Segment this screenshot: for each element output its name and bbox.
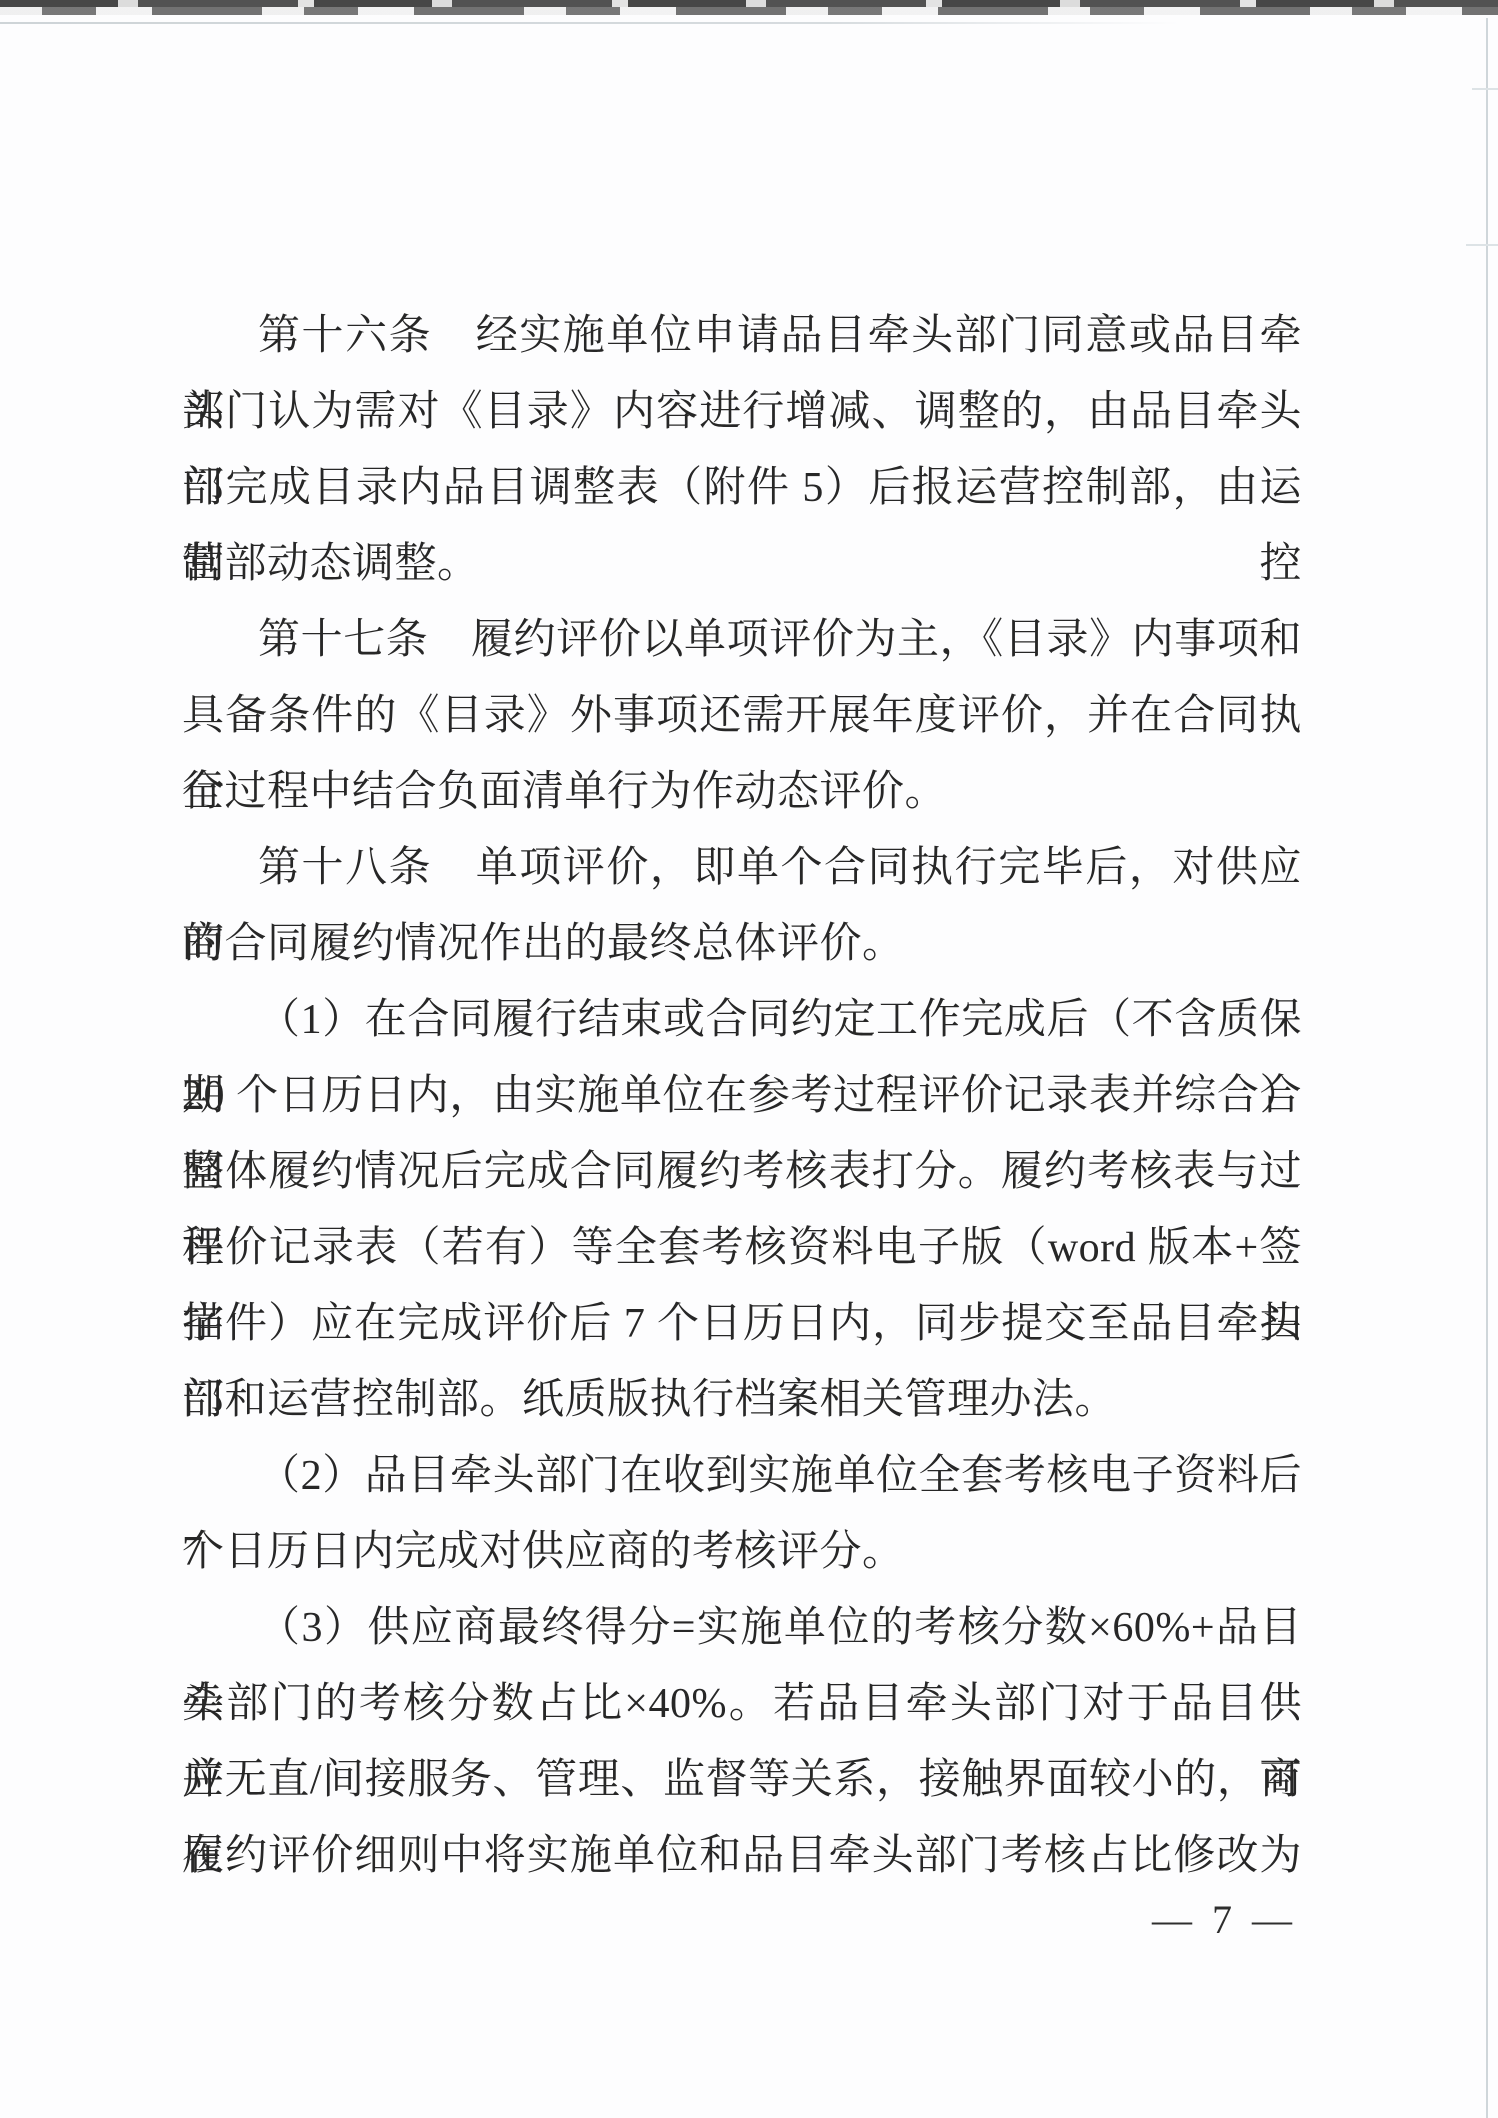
text-line: 整体履约情况后完成合同履约考核表打分。履约考核表与过程 — [182, 1134, 1302, 1210]
text-line: 部门认为需对《目录》内容进行增减、调整的，由品目牵头部 — [182, 374, 1302, 450]
document-body: 第十六条 经实施单位申请品目牵头部门同意或品目牵头 部门认为需对《目录》内容进行… — [182, 298, 1302, 1894]
text-line-article-16-start: 第十六条 经实施单位申请品目牵头部门同意或品目牵头 — [182, 298, 1302, 374]
text-line: 履约评价细则中将实施单位和品目牵头部门考核占比修改为 — [182, 1818, 1302, 1894]
scan-line-artifact — [0, 22, 1180, 24]
text-line: 具备条件的《目录》外事项还需开展年度评价，并在合同执行 — [182, 678, 1302, 754]
text-line: 评价记录表（若有）等全套考核资料电子版（word 版本+签字扫 — [182, 1210, 1302, 1286]
text-line: 头部门的考核分数占比×40%。若品目牵头部门对于品目供应商 — [182, 1666, 1302, 1742]
text-line-item-3-start: （3）供应商最终得分=实施单位的考核分数×60%+品目牵 — [182, 1590, 1302, 1666]
text-line-article-18-start: 第十八条 单项评价，即单个合同执行完毕后，对供应商 — [182, 830, 1302, 906]
text-line: 门完成目录内品目调整表（附件 5）后报运营控制部，由运营控 — [182, 450, 1302, 526]
document-page: 第十六条 经实施单位申请品目牵头部门同意或品目牵头 部门认为需对《目录》内容进行… — [0, 0, 1498, 2118]
text-line-item-2-start: （2）品目牵头部门在收到实施单位全套考核电子资料后 7 — [182, 1438, 1302, 1514]
scan-edge-artifact-top-2 — [0, 7, 1498, 15]
scan-edge-line-right — [1486, 18, 1488, 2118]
scan-noise-tick — [1466, 244, 1498, 246]
text-line: 个日历日内完成对供应商的考核评分。 — [182, 1514, 1302, 1590]
text-line: 门和运营控制部。纸质版执行档案相关管理办法。 — [182, 1362, 1302, 1438]
text-line-item-1-start: （1）在合同履行结束或合同约定工作完成后（不含质保期） — [182, 982, 1302, 1058]
text-line-article-17-start: 第十七条 履约评价以单项评价为主，《目录》内事项和 — [182, 602, 1302, 678]
text-line: 描件）应在完成评价后 7 个日历日内，同步提交至品目牵头部 — [182, 1286, 1302, 1362]
scan-noise-tick — [1472, 88, 1498, 90]
text-line: 并无直/间接服务、管理、监督等关系，接触界面较小的，可在 — [182, 1742, 1302, 1818]
text-line: 20 个日历日内，由实施单位在参考过程评价记录表并综合合同 — [182, 1058, 1302, 1134]
page-number: — 7 — — [1152, 1896, 1297, 1944]
text-line: 全过程中结合负面清单行为作动态评价。 — [182, 754, 1302, 830]
text-line: 的合同履约情况作出的最终总体评价。 — [182, 906, 1302, 982]
scan-edge-artifact-top — [0, 0, 1498, 7]
